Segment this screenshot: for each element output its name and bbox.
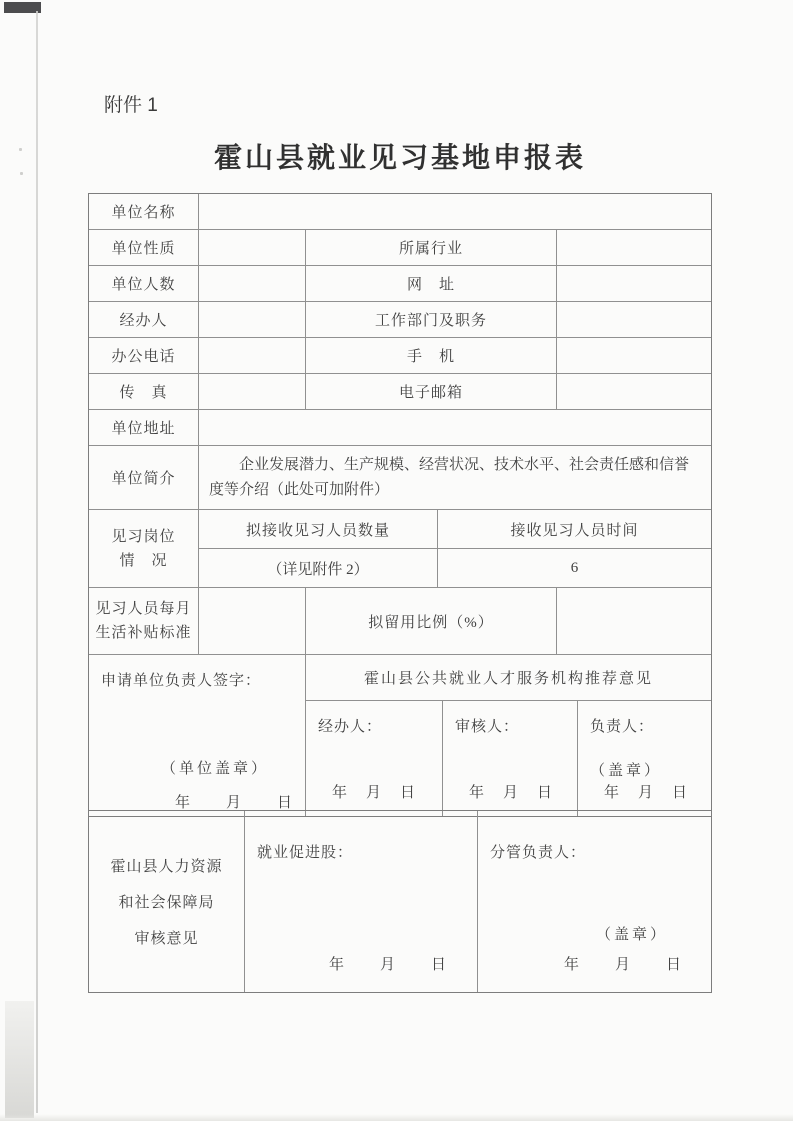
applicant-signature-cell: 申请单位负责人签字： （单位盖章） 年 月 日 <box>89 655 306 816</box>
industry-label: 所属行业 <box>306 230 557 265</box>
charge-leader-cell: 分管负责人： （盖章） 年 月 日 <box>478 811 711 992</box>
retention-ratio-label: 拟留用比例（%） <box>306 588 557 654</box>
bureau-review-table: 霍山县人力资源 和社会保障局 审核意见 就业促进股： 年 月 日 分管负责人： … <box>88 810 712 993</box>
unit-nature-value <box>199 230 306 265</box>
page-title: 霍山县就业见习基地申报表 <box>88 136 712 176</box>
row-fax: 传 真 电子邮箱 <box>89 374 711 410</box>
recommendation-sign-row: 经办人： 年 月 日 审核人： 年 月 日 负责人： （盖章） 年 月 日 <box>306 701 711 816</box>
unit-profile-label: 单位简介 <box>89 446 199 509</box>
unit-profile-line2: 度等介绍（此处可加附件） <box>209 482 389 498</box>
internship-post-label: 见习岗位 情 况 <box>89 510 199 587</box>
unit-size-value <box>199 266 306 301</box>
recommend-handler-date: 年 月 日 <box>332 781 417 802</box>
retention-ratio-value <box>557 588 711 654</box>
mobile-label: 手 机 <box>306 338 557 373</box>
scan-artifact-speck <box>19 148 22 151</box>
accept-time-value: 6 <box>438 549 711 587</box>
row-unit-profile: 单位简介 企业发展潜力、生产规模、经营状况、技术水平、社会责任感和信誉 度等介绍… <box>89 446 711 510</box>
row-unit-name: 单位名称 <box>89 194 711 230</box>
promotion-section-cell: 就业促进股： 年 月 日 <box>245 811 478 992</box>
internship-value-row: （详见附件 2） 6 <box>199 549 711 587</box>
mobile-value <box>557 338 711 373</box>
recommendation-section: 霍山县公共就业人才服务机构推荐意见 经办人： 年 月 日 审核人： 年 月 日 … <box>306 655 711 816</box>
email-value <box>557 374 711 409</box>
unit-address-value <box>199 410 711 445</box>
application-form-table: 单位名称 单位性质 所属行业 单位人数 网 址 经办人 工作部门及职务 办公电话… <box>88 193 712 817</box>
recommend-handler-cell: 经办人： 年 月 日 <box>306 701 443 816</box>
bureau-label: 霍山县人力资源 和社会保障局 审核意见 <box>89 811 245 992</box>
charge-leader-date: 年 月 日 <box>564 953 683 974</box>
applicant-date: 年 月 日 <box>175 791 294 812</box>
recommend-handler-label: 经办人： <box>318 715 382 736</box>
bureau-label-line2: 和社会保障局 <box>118 891 214 912</box>
row-handler: 经办人 工作部门及职务 <box>89 302 711 338</box>
planned-count-value: （详见附件 2） <box>199 549 438 587</box>
subsidy-value <box>199 588 306 654</box>
row-signatures: 申请单位负责人签字： （单位盖章） 年 月 日 霍山县公共就业人才服务机构推荐意… <box>89 655 711 816</box>
unit-profile-line1: 企业发展潜力、生产规模、经营状况、技术水平、社会责任感和信誉 <box>209 453 699 478</box>
recommend-director-label: 负责人： <box>590 715 654 736</box>
attachment-label: 附件 1 <box>104 90 158 117</box>
row-subsidy: 见习人员每月 生活补贴标准 拟留用比例（%） <box>89 588 711 655</box>
planned-count-label: 拟接收见习人员数量 <box>199 510 438 548</box>
scan-artifact-bottom-edge <box>0 1114 793 1121</box>
internship-post-label-line2: 情 况 <box>119 549 167 573</box>
recommendation-header-row: 霍山县公共就业人才服务机构推荐意见 <box>306 655 711 701</box>
email-label: 电子邮箱 <box>306 374 557 409</box>
industry-value <box>557 230 711 265</box>
subsidy-label-line2: 生活补贴标准 <box>95 621 191 645</box>
applicant-seal-label: （单位盖章） <box>161 757 269 778</box>
recommend-seal-label: （盖章） <box>590 759 662 780</box>
fax-label: 传 真 <box>89 374 199 409</box>
recommend-reviewer-label: 审核人： <box>455 715 519 736</box>
row-unit-nature: 单位性质 所属行业 <box>89 230 711 266</box>
recommend-reviewer-cell: 审核人： 年 月 日 <box>443 701 578 816</box>
unit-size-label: 单位人数 <box>89 266 199 301</box>
unit-name-label: 单位名称 <box>89 194 199 229</box>
subsidy-label: 见习人员每月 生活补贴标准 <box>89 588 199 654</box>
fax-value <box>199 374 306 409</box>
unit-nature-label: 单位性质 <box>89 230 199 265</box>
bureau-label-line1: 霍山县人力资源 <box>110 855 222 876</box>
scan-artifact-speck <box>20 172 23 175</box>
unit-profile-text: 企业发展潜力、生产规模、经营状况、技术水平、社会责任感和信誉 度等介绍（此处可加… <box>199 446 711 509</box>
scanned-page: 附件 1 霍山县就业见习基地申报表 单位名称 单位性质 所属行业 单位人数 网 … <box>0 0 793 1121</box>
promotion-label: 就业促进股： <box>257 841 353 862</box>
unit-address-label: 单位地址 <box>89 410 199 445</box>
internship-post-grid: 拟接收见习人员数量 接收见习人员时间 （详见附件 2） 6 <box>199 510 711 587</box>
website-value <box>557 266 711 301</box>
handler-value <box>199 302 306 337</box>
promotion-date: 年 月 日 <box>329 953 448 974</box>
row-internship-post: 见习岗位 情 况 拟接收见习人员数量 接收见习人员时间 （详见附件 2） 6 <box>89 510 711 588</box>
website-label: 网 址 <box>306 266 557 301</box>
scan-artifact-bottom-left-strip <box>5 1001 34 1118</box>
office-phone-value <box>199 338 306 373</box>
charge-leader-label: 分管负责人： <box>490 841 586 862</box>
applicant-sign-label: 申请单位负责人签字： <box>101 669 261 690</box>
recommendation-header: 霍山县公共就业人才服务机构推荐意见 <box>306 655 711 700</box>
row-unit-size: 单位人数 网 址 <box>89 266 711 302</box>
recommend-director-cell: 负责人： （盖章） 年 月 日 <box>578 701 711 816</box>
accept-time-label: 接收见习人员时间 <box>438 510 711 548</box>
row-office-phone: 办公电话 手 机 <box>89 338 711 374</box>
unit-name-value <box>199 194 711 229</box>
department-value <box>557 302 711 337</box>
internship-post-label-line1: 见习岗位 <box>111 525 175 549</box>
scan-artifact-page-edge-line <box>36 11 38 1113</box>
recommend-reviewer-date: 年 月 日 <box>469 781 554 802</box>
bureau-label-line3: 审核意见 <box>134 927 198 948</box>
office-phone-label: 办公电话 <box>89 338 199 373</box>
recommend-director-date: 年 月 日 <box>604 781 689 802</box>
department-label: 工作部门及职务 <box>306 302 557 337</box>
internship-header-row: 拟接收见习人员数量 接收见习人员时间 <box>199 510 711 549</box>
subsidy-label-line1: 见习人员每月 <box>95 597 191 621</box>
row-unit-address: 单位地址 <box>89 410 711 446</box>
handler-label: 经办人 <box>89 302 199 337</box>
bureau-seal-label: （盖章） <box>596 923 668 944</box>
